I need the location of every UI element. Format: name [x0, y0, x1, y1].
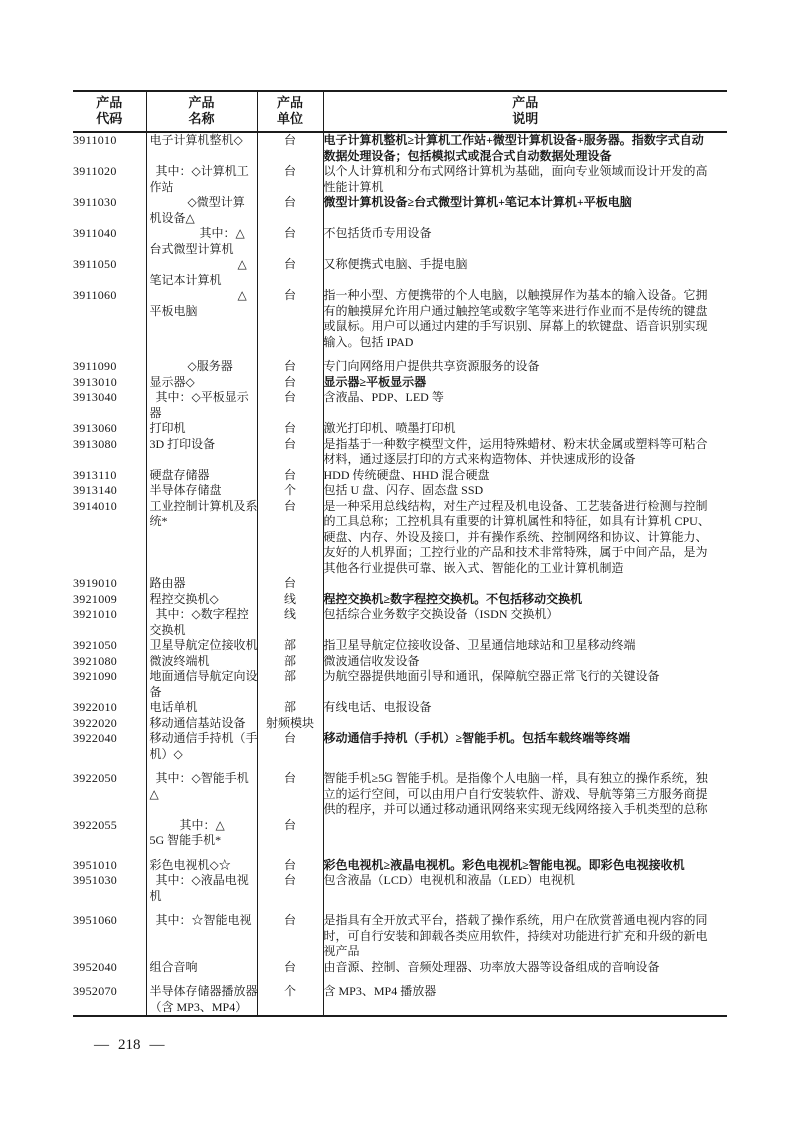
product-unit-cell: 部 [257, 700, 323, 716]
product-name-cell: 3D 打印设备 [146, 437, 257, 468]
product-name-cell: 打印机 [146, 421, 257, 437]
header-line: 说明 [324, 111, 728, 127]
product-description-line: 视产品 [324, 944, 728, 960]
product-description-cell: 微波通信收发设备 [323, 654, 727, 670]
table-row: 3921050卫星导航定位接收机部指卫星导航定位接收设备、卫星通信地球站和卫星移… [73, 638, 727, 654]
product-description-line: 专门向网络用户提供共享资源服务的设备 [324, 359, 728, 375]
product-code-cell: 3922010 [73, 700, 146, 716]
product-description-line: 或鼠标。用户可以通过内建的手写识别、屏幕上的软键盘、语音识别实现 [324, 319, 728, 335]
product-unit-cell: 射频模块 [257, 716, 323, 732]
table-header-row: 产品 代码 产品 名称 产品 单位 产品 说明 [73, 91, 727, 132]
product-unit-cell: 台 [257, 132, 323, 164]
product-code-cell: 3911060 [73, 288, 146, 350]
table-row: 3911090◇服务器台专门向网络用户提供共享资源服务的设备 [73, 350, 727, 375]
table-row: 3913060打印机台激光打印机、喷墨打印机 [73, 421, 727, 437]
page-footer: — 218 — [94, 1036, 165, 1054]
table-row: 3921009程控交换机◇线程控交换机≥数字程控交换机。不包括移动交换机 [73, 592, 727, 608]
product-description-cell: 专门向网络用户提供共享资源服务的设备 [323, 350, 727, 375]
page-number: 218 [118, 1036, 141, 1054]
product-description-line: 输入。包括 IPAD [324, 335, 728, 351]
product-description-line: 有线电话、电报设备 [324, 700, 728, 716]
product-name-cell: 电子计算机整机◇ [146, 132, 257, 164]
product-description-line: 其他各行业提供可靠、嵌入式、智能化的工业计算机制造 [324, 561, 728, 577]
product-name-cell: 半导体存储器播放器（含 MP3、MP4） [146, 975, 257, 1016]
product-unit-cell: 台 [257, 873, 323, 904]
header-line: 产品 [73, 95, 146, 111]
product-description-line: 又称便携式电脑、手提电脑 [324, 257, 728, 273]
product-description-line: 是指具有全开放式平台，搭载了操作系统，用户在欣赏普通电视内容的同 [324, 913, 728, 929]
product-name-line: 电子计算机整机◇ [147, 133, 257, 149]
table-row: 3922040移动通信手持机（手机）◇台移动通信手持机（手机）≥智能手机。包括车… [73, 731, 727, 762]
header-cell-product-unit: 产品 单位 [257, 91, 323, 132]
product-name-line: 机设备△ [147, 211, 257, 227]
table-row: 3921010其中：◇数字程控交换机线包括综合业务数字交换设备（ISDN 交换机… [73, 607, 727, 638]
product-name-line: 3D 打印设备 [147, 437, 257, 453]
product-description-line: 显示器≥平板显示器 [324, 375, 728, 391]
product-description-line: 包括综合业务数字交换设备（ISDN 交换机） [324, 607, 728, 623]
header-cell-product-name: 产品 名称 [146, 91, 257, 132]
product-description-line: 不包括货币专用设备 [324, 226, 728, 242]
product-name-cell: 其中：◇液晶电视机 [146, 873, 257, 904]
product-name-line: 其中：△ [147, 818, 257, 834]
product-code-cell: 3911050 [73, 257, 146, 288]
product-name-line: 微波终端机 [147, 654, 257, 670]
product-name-cell: 地面通信导航定向设备 [146, 669, 257, 700]
product-name-cell: 彩色电视机◇☆ [146, 849, 257, 874]
product-name-cell: 其中：◇平板显示器 [146, 390, 257, 421]
product-code-cell: 3911090 [73, 350, 146, 375]
product-description-line: 有的触摸屏允许用户通过触控笔或数字笔等来进行作业而不是传统的键盘 [324, 304, 728, 320]
header-cell-product-description: 产品 说明 [323, 91, 727, 132]
table-row: 3911010电子计算机整机◇台电子计算机整机≥计算机工作站+微型计算机设备+服… [73, 132, 727, 164]
product-name-line: 电话单机 [147, 700, 257, 716]
table-row: 3952040组合音响台由音源、控制、音频处理器、功率放大器等设备组成的音响设备 [73, 960, 727, 976]
product-code-cell: 3952040 [73, 960, 146, 976]
product-name-line: 其中：△ [147, 226, 257, 242]
product-code-cell: 3919010 [73, 576, 146, 592]
product-code-cell: 3951010 [73, 849, 146, 874]
product-description-cell [323, 818, 727, 849]
product-unit-cell: 台 [257, 818, 323, 849]
product-code-cell: 3913040 [73, 390, 146, 421]
product-description-line: 硬盘、内存、外设及接口，并有操作系统、控制网络和协议、计算能力、 [324, 530, 728, 546]
product-description-cell: 程控交换机≥数字程控交换机。不包括移动交换机 [323, 592, 727, 608]
product-description-line: 供的程序，并可以通过移动通讯网络来实现无线网络接入手机类型的总称 [324, 802, 728, 818]
product-code-cell: 3922020 [73, 716, 146, 732]
product-code-cell: 3911030 [73, 195, 146, 226]
product-unit-cell: 台 [257, 288, 323, 350]
product-code-cell: 3921009 [73, 592, 146, 608]
product-name-cell: 其中：◇数字程控交换机 [146, 607, 257, 638]
product-name-line: （含 MP3、MP4） [147, 1000, 257, 1016]
product-code-cell: 3913010 [73, 375, 146, 391]
product-name-line: 打印机 [147, 421, 257, 437]
product-name-line: 5G 智能手机* [147, 833, 257, 849]
product-code-cell: 3911010 [73, 132, 146, 164]
product-description-line: 包含液晶（LCD）电视机和液晶（LED）电视机 [324, 873, 728, 889]
product-description-line: 智能手机≥5G 智能手机。是指像个人电脑一样，具有独立的操作系统，独 [324, 771, 728, 787]
table-row: 3922020移动通信基站设备射频模块 [73, 716, 727, 732]
table-row: 3913040其中：◇平板显示器台含液晶、PDP、LED 等 [73, 390, 727, 421]
product-code-cell: 3951060 [73, 904, 146, 960]
product-description-line: 是一种采用总线结构，对生产过程及机电设备、工艺装备进行检测与控制 [324, 499, 728, 515]
table-row: 3952070半导体存储器播放器（含 MP3、MP4）个含 MP3、MP4 播放… [73, 975, 727, 1016]
product-unit-cell: 部 [257, 654, 323, 670]
product-name-line: 台式微型计算机 [147, 242, 257, 258]
product-description-cell: 是指基于一种数字模型文件，运用特殊蜡材、粉末状金属或塑料等可粘合材料，通过逐层打… [323, 437, 727, 468]
product-description-cell [323, 576, 727, 592]
product-name-line: 其中：◇智能手机 [147, 771, 257, 787]
footer-dash-right: — [150, 1036, 165, 1054]
product-name-cell: 其中：△台式微型计算机 [146, 226, 257, 257]
product-name-line: 移动通信手持机（手 [147, 731, 257, 747]
header-line: 产品 [147, 95, 257, 111]
product-name-line: 半导体存储器播放器 [147, 984, 257, 1000]
product-name-cell: 其中：☆智能电视 [146, 904, 257, 960]
product-name-line: ◇微型计算 [147, 195, 257, 211]
product-name-cell: ◇服务器 [146, 350, 257, 375]
product-unit-cell: 部 [257, 669, 323, 700]
product-description-cell: 微型计算机设备≥台式微型计算机+笔记本计算机+平板电脑 [323, 195, 727, 226]
product-description-cell: 智能手机≥5G 智能手机。是指像个人电脑一样，具有独立的操作系统，独立的运行空间… [323, 762, 727, 818]
table-row: 3911050△笔记本计算机台又称便携式电脑、手提电脑 [73, 257, 727, 288]
header-line: 名称 [147, 111, 257, 127]
product-description-cell: 含 MP3、MP4 播放器 [323, 975, 727, 1016]
product-name-cell: 硬盘存储器 [146, 468, 257, 484]
product-name-line: 其中：◇平板显示 [147, 390, 257, 406]
product-unit-cell: 台 [257, 164, 323, 195]
product-code-cell: 3952070 [73, 975, 146, 1016]
header-line: 单位 [258, 111, 323, 127]
product-description-line: 包括 U 盘、闪存、固态盘 SSD [324, 483, 728, 499]
product-unit-cell: 台 [257, 437, 323, 468]
product-name-cell: 其中：△5G 智能手机* [146, 818, 257, 849]
product-name-cell: ◇微型计算机设备△ [146, 195, 257, 226]
product-unit-cell: 台 [257, 375, 323, 391]
product-description-cell: 以个人计算机和分布式网络计算机为基础，面向专业领域而设计开发的高性能计算机 [323, 164, 727, 195]
product-description-line: HDD 传统硬盘、HHD 混合硬盘 [324, 468, 728, 484]
product-unit-cell: 台 [257, 904, 323, 960]
table-row: 3911060△平板电脑台指一种小型、方便携带的个人电脑，以触摸屏作为基本的输入… [73, 288, 727, 350]
product-code-cell: 3921010 [73, 607, 146, 638]
product-name-cell: △笔记本计算机 [146, 257, 257, 288]
product-code-cell: 3921080 [73, 654, 146, 670]
product-description-line: 材料，通过逐层打印的方式来构造物体、并快速成形的设备 [324, 452, 728, 468]
product-name-cell: 程控交换机◇ [146, 592, 257, 608]
product-description-line: 微波通信收发设备 [324, 654, 728, 670]
table-row: 3911020其中：◇计算机工作站台以个人计算机和分布式网络计算机为基础，面向专… [73, 164, 727, 195]
product-name-line: 交换机 [147, 623, 257, 639]
product-description-cell: 激光打印机、喷墨打印机 [323, 421, 727, 437]
product-unit-cell: 台 [257, 421, 323, 437]
product-name-cell: 工业控制计算机及系统* [146, 499, 257, 577]
product-name-line: 程控交换机◇ [147, 592, 257, 608]
product-name-cell: △平板电脑 [146, 288, 257, 350]
product-description-line: 彩色电视机≥液晶电视机。彩色电视机≥智能电视。即彩色电视接收机 [324, 858, 728, 874]
product-description-cell: 移动通信手持机（手机）≥智能手机。包括车载终端等终端 [323, 731, 727, 762]
product-code-cell: 3922050 [73, 762, 146, 818]
product-unit-cell: 台 [257, 849, 323, 874]
table-header: 产品 代码 产品 名称 产品 单位 产品 说明 [73, 91, 727, 132]
product-name-line: 平板电脑 [147, 304, 257, 320]
product-name-cell: 组合音响 [146, 960, 257, 976]
product-unit-cell: 台 [257, 576, 323, 592]
product-name-line: 彩色电视机◇☆ [147, 858, 257, 874]
product-unit-cell: 台 [257, 468, 323, 484]
product-name-line: 卫星导航定位接收机 [147, 638, 257, 654]
product-description-line: 含 MP3、MP4 播放器 [324, 984, 728, 1000]
product-description-cell: 是指具有全开放式平台，搭载了操作系统，用户在欣赏普通电视内容的同时，可自行安装和… [323, 904, 727, 960]
product-description-line: 电子计算机整机≥计算机工作站+微型计算机设备+服务器。指数字式自动 [324, 133, 728, 149]
product-description-line: 程控交换机≥数字程控交换机。不包括移动交换机 [324, 592, 728, 608]
product-name-line: 笔记本计算机 [147, 273, 257, 289]
header-line: 产品 [258, 95, 323, 111]
table-row: 39130803D 打印设备台是指基于一种数字模型文件，运用特殊蜡材、粉末状金属… [73, 437, 727, 468]
product-description-cell: 包括综合业务数字交换设备（ISDN 交换机） [323, 607, 727, 638]
product-unit-cell: 台 [257, 762, 323, 818]
table-row: 3911030◇微型计算机设备△台微型计算机设备≥台式微型计算机+笔记本计算机+… [73, 195, 727, 226]
table-row: 3951010彩色电视机◇☆台彩色电视机≥液晶电视机。彩色电视机≥智能电视。即彩… [73, 849, 727, 874]
product-code-cell: 3922040 [73, 731, 146, 762]
footer-dash-left: — [94, 1036, 109, 1054]
header-cell-product-code: 产品 代码 [73, 91, 146, 132]
product-name-line: 地面通信导航定向设 [147, 669, 257, 685]
product-description-cell: 为航空器提供地面引导和通讯，保障航空器正常飞行的关键设备 [323, 669, 727, 700]
product-name-line: △ [147, 257, 257, 273]
product-unit-cell: 台 [257, 195, 323, 226]
product-name-line: 其中：◇数字程控 [147, 607, 257, 623]
product-name-line: 其中：◇计算机工 [147, 164, 257, 180]
product-unit-cell: 个 [257, 975, 323, 1016]
product-name-line: 机）◇ [147, 747, 257, 763]
product-description-line: 时，可自行安装和卸载各类应用软件，持续对功能进行扩充和升级的新电 [324, 929, 728, 945]
product-code-cell: 3911020 [73, 164, 146, 195]
product-description-cell: HDD 传统硬盘、HHD 混合硬盘 [323, 468, 727, 484]
product-code-cell: 3913080 [73, 437, 146, 468]
table-row: 3921090地面通信导航定向设备部为航空器提供地面引导和通讯，保障航空器正常飞… [73, 669, 727, 700]
product-classification-table: 产品 代码 产品 名称 产品 单位 产品 说明 3911010电子计算机整机◇台… [73, 90, 727, 1017]
table-row: 3919010路由器台 [73, 576, 727, 592]
product-description-line: 友好的人机界面；工控行业的产品和技术非常特殊，属于中间产品，是为 [324, 545, 728, 561]
product-description-line: 为航空器提供地面引导和通讯，保障航空器正常飞行的关键设备 [324, 669, 728, 685]
product-description-cell: 有线电话、电报设备 [323, 700, 727, 716]
product-description-cell: 由音源、控制、音频处理器、功率放大器等设备组成的音响设备 [323, 960, 727, 976]
header-line: 产品 [324, 95, 728, 111]
product-description-cell: 指一种小型、方便携带的个人电脑，以触摸屏作为基本的输入设备。它拥有的触摸屏允许用… [323, 288, 727, 350]
product-name-cell: 移动通信基站设备 [146, 716, 257, 732]
product-name-line: 机 [147, 889, 257, 905]
table-row: 3914010工业控制计算机及系统*台是一种采用总线结构，对生产过程及机电设备、… [73, 499, 727, 577]
product-name-line: 路由器 [147, 576, 257, 592]
product-code-cell: 3922055 [73, 818, 146, 849]
table-row: 3922055其中：△5G 智能手机*台 [73, 818, 727, 849]
product-unit-cell: 台 [257, 257, 323, 288]
product-unit-cell: 线 [257, 607, 323, 638]
product-name-line: 半导体存储盘 [147, 483, 257, 499]
product-code-cell: 3911040 [73, 226, 146, 257]
product-name-line: 显示器◇ [147, 375, 257, 391]
product-code-cell: 3951030 [73, 873, 146, 904]
product-description-line: 性能计算机 [324, 180, 728, 196]
product-description-line: 的工具总称；工控机具有重要的计算机属性和特征，如具有计算机 CPU、 [324, 514, 728, 530]
product-unit-cell: 个 [257, 483, 323, 499]
product-unit-cell: 台 [257, 350, 323, 375]
table-row: 3913010显示器◇台显示器≥平板显示器 [73, 375, 727, 391]
product-code-cell: 3913110 [73, 468, 146, 484]
product-description-cell: 含液晶、PDP、LED 等 [323, 390, 727, 421]
product-description-line: 是指基于一种数字模型文件，运用特殊蜡材、粉末状金属或塑料等可粘合 [324, 437, 728, 453]
product-name-line: △ [147, 288, 257, 304]
table-row: 3913140半导体存储盘个包括 U 盘、闪存、固态盘 SSD [73, 483, 727, 499]
product-unit-cell: 台 [257, 226, 323, 257]
product-name-cell: 微波终端机 [146, 654, 257, 670]
product-unit-cell: 部 [257, 638, 323, 654]
table-row: 3921080微波终端机部微波通信收发设备 [73, 654, 727, 670]
product-name-cell: 其中：◇计算机工作站 [146, 164, 257, 195]
product-name-line: 作站 [147, 180, 257, 196]
table-row: 3911040其中：△台式微型计算机台不包括货币专用设备 [73, 226, 727, 257]
product-description-line: 指一种小型、方便携带的个人电脑，以触摸屏作为基本的输入设备。它拥 [324, 288, 728, 304]
product-name-line: 移动通信基站设备 [147, 716, 257, 732]
product-code-cell: 3913140 [73, 483, 146, 499]
product-code-cell: 3921090 [73, 669, 146, 700]
product-name-cell: 显示器◇ [146, 375, 257, 391]
product-description-cell: 不包括货币专用设备 [323, 226, 727, 257]
product-unit-cell: 线 [257, 592, 323, 608]
product-code-cell: 3914010 [73, 499, 146, 577]
product-name-line: 组合音响 [147, 960, 257, 976]
product-description-cell: 彩色电视机≥液晶电视机。彩色电视机≥智能电视。即彩色电视接收机 [323, 849, 727, 874]
product-name-line: 其中：☆智能电视 [147, 913, 257, 929]
product-description-line: 以个人计算机和分布式网络计算机为基础，面向专业领域而设计开发的高 [324, 164, 728, 180]
product-description-cell: 包括 U 盘、闪存、固态盘 SSD [323, 483, 727, 499]
product-description-line: 由音源、控制、音频处理器、功率放大器等设备组成的音响设备 [324, 960, 728, 976]
product-name-line: 统* [147, 514, 257, 530]
product-description-line: 激光打印机、喷墨打印机 [324, 421, 728, 437]
product-name-line: 其中：◇液晶电视 [147, 873, 257, 889]
product-description-cell: 电子计算机整机≥计算机工作站+微型计算机设备+服务器。指数字式自动数据处理设备；… [323, 132, 727, 164]
product-description-cell: 包含液晶（LCD）电视机和液晶（LED）电视机 [323, 873, 727, 904]
table-row: 3922010电话单机部有线电话、电报设备 [73, 700, 727, 716]
product-description-line: 含液晶、PDP、LED 等 [324, 390, 728, 406]
product-description-cell: 是一种采用总线结构，对生产过程及机电设备、工艺装备进行检测与控制的工具总称；工控… [323, 499, 727, 577]
table-row: 3922050其中：◇智能手机△台智能手机≥5G 智能手机。是指像个人电脑一样，… [73, 762, 727, 818]
product-unit-cell: 台 [257, 731, 323, 762]
product-unit-cell: 台 [257, 499, 323, 577]
product-name-line: 硬盘存储器 [147, 468, 257, 484]
table-row: 3951060其中：☆智能电视台是指具有全开放式平台，搭载了操作系统，用户在欣赏… [73, 904, 727, 960]
product-name-line: ◇服务器 [147, 359, 257, 375]
page-container: 产品 代码 产品 名称 产品 单位 产品 说明 3911010电子计算机整机◇台… [0, 0, 793, 1122]
product-name-cell: 其中：◇智能手机△ [146, 762, 257, 818]
product-name-cell: 移动通信手持机（手机）◇ [146, 731, 257, 762]
product-description-line: 移动通信手持机（手机）≥智能手机。包括车载终端等终端 [324, 731, 728, 747]
product-name-cell: 半导体存储盘 [146, 483, 257, 499]
product-code-cell: 3921050 [73, 638, 146, 654]
product-name-line: 器 [147, 406, 257, 422]
product-name-line: 工业控制计算机及系 [147, 499, 257, 515]
product-name-line: △ [147, 787, 257, 803]
product-description-cell: 又称便携式电脑、手提电脑 [323, 257, 727, 288]
product-code-cell: 3913060 [73, 421, 146, 437]
product-name-cell: 电话单机 [146, 700, 257, 716]
product-name-cell: 路由器 [146, 576, 257, 592]
product-name-line: 备 [147, 685, 257, 701]
product-unit-cell: 台 [257, 960, 323, 976]
product-description-cell [323, 716, 727, 732]
table-row: 3913110硬盘存储器台HDD 传统硬盘、HHD 混合硬盘 [73, 468, 727, 484]
product-description-cell: 显示器≥平板显示器 [323, 375, 727, 391]
header-line: 代码 [73, 111, 146, 127]
product-description-line: 微型计算机设备≥台式微型计算机+笔记本计算机+平板电脑 [324, 195, 728, 211]
product-description-cell: 指卫星导航定位接收设备、卫星通信地球站和卫星移动终端 [323, 638, 727, 654]
product-description-line: 立的运行空间，可以由用户自行安装软件、游戏、导航等第三方服务商提 [324, 787, 728, 803]
product-description-line: 指卫星导航定位接收设备、卫星通信地球站和卫星移动终端 [324, 638, 728, 654]
product-description-line: 数据处理设备；包括模拟式或混合式自动数据处理设备 [324, 149, 728, 165]
product-table-body: 3911010电子计算机整机◇台电子计算机整机≥计算机工作站+微型计算机设备+服… [73, 132, 727, 1016]
product-name-cell: 卫星导航定位接收机 [146, 638, 257, 654]
product-unit-cell: 台 [257, 390, 323, 421]
table-row: 3951030其中：◇液晶电视机台包含液晶（LCD）电视机和液晶（LED）电视机 [73, 873, 727, 904]
